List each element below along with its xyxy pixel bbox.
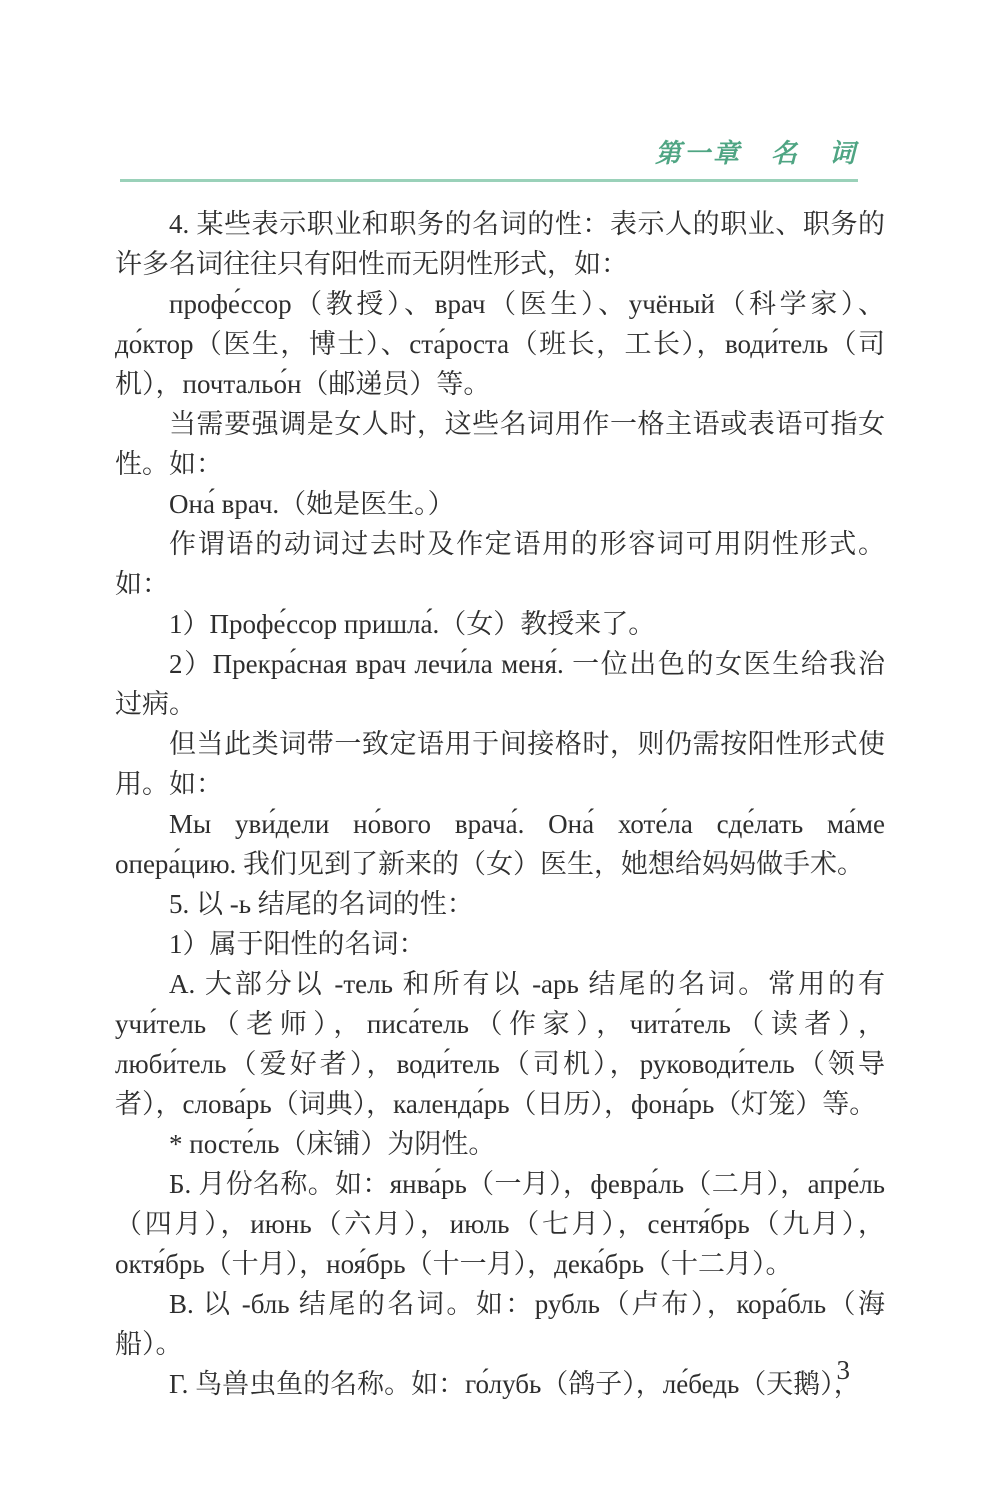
- paragraph: 1）属于阳性的名词：: [115, 924, 885, 964]
- paragraph: 但当此类词带一致定语用于间接格时，则仍需按阳性形式使用。如：: [115, 724, 885, 804]
- paragraph: 作谓语的动词过去时及作定语用的形容词可用阴性形式。如：: [115, 524, 885, 604]
- paragraph: А. 大部分以 -тель 和所有以 -арь 结尾的名词。常用的有 учи́т…: [115, 964, 885, 1124]
- paragraph: 2）Прекра́сная врач лечи́ла меня́. 一位出色的女…: [115, 644, 885, 724]
- paragraph: 5. 以 -ь 结尾的名词的性：: [115, 884, 885, 924]
- paragraph: Г. 鸟兽虫鱼的名称。如：го́лубь（鸽子），ле́бедь（天鹅），: [115, 1364, 885, 1404]
- book-page: 第一章 名 词 4. 某些表示职业和职务的名词的性：表示人的职业、职务的许多名词…: [0, 0, 1000, 1496]
- paragraph: профе́ссор（教授）、врач（医生）、учёный（科学家）、до́к…: [115, 284, 885, 404]
- paragraph: * посте́ль（床铺）为阴性。: [115, 1124, 885, 1164]
- paragraph: Б. 月份名称。如：янва́рь（一月），февра́ль（二月），апре́…: [115, 1164, 885, 1284]
- paragraph: В. 以 -бль 结尾的名词。如：рубль（卢布），кора́бль（海船）…: [115, 1284, 885, 1364]
- paragraph: Она́ врач.（她是医生。）: [115, 484, 885, 524]
- page-header: 第一章 名 词: [120, 138, 858, 182]
- page-number: 3: [837, 1350, 851, 1390]
- paragraph: Мы уви́дели но́вого врача́. Она́ хоте́ла…: [115, 804, 885, 884]
- paragraph: 当需要强调是女人时，这些名词用作一格主语或表语可指女性。如：: [115, 404, 885, 484]
- page-body: 4. 某些表示职业和职务的名词的性：表示人的职业、职务的许多名词往往只有阳性而无…: [115, 204, 885, 1404]
- chapter-title: 第一章 名 词: [655, 138, 858, 170]
- paragraph: 4. 某些表示职业和职务的名词的性：表示人的职业、职务的许多名词往往只有阳性而无…: [115, 204, 885, 284]
- paragraph: 1）Профе́ссор пришла́.（女）教授来了。: [115, 604, 885, 644]
